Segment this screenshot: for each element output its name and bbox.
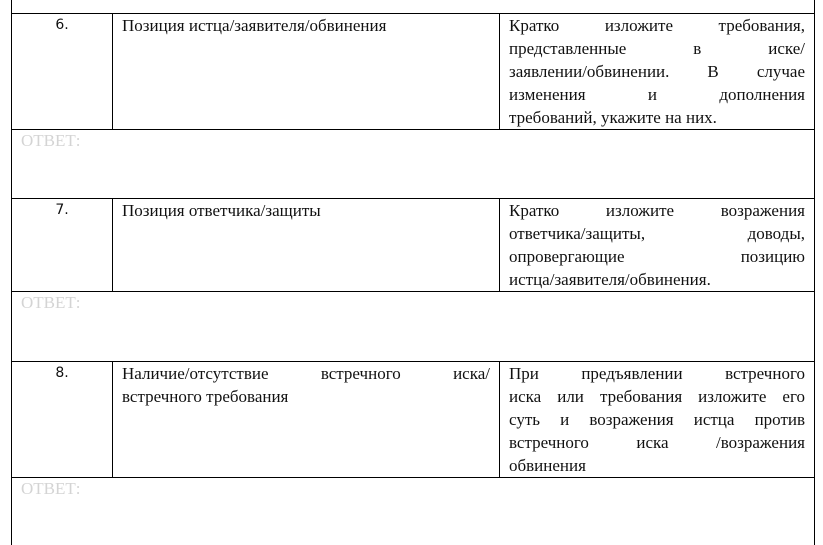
label-line: встречного требования — [122, 385, 490, 408]
row-6-label: Позиция истца/заявителя/обвинения — [122, 14, 490, 37]
hint-line: представленные в иске/ — [509, 37, 805, 60]
hint-line: истца/заявителя/обвинения. — [509, 268, 805, 291]
row-6-divider-1 — [112, 13, 113, 129]
hint-line: встречного иска /возражения — [509, 431, 805, 454]
hint-line: При предъявлении встречного — [509, 362, 805, 385]
hint-line: требований, укажите на них. — [509, 106, 805, 129]
row-7-divider-1 — [112, 198, 113, 291]
row-8-label: Наличие/отсутствие встречного иска/ встр… — [122, 362, 490, 408]
row-8-answer-field[interactable]: ОТВЕТ: — [21, 479, 81, 499]
row-7-bottom-border — [11, 291, 815, 292]
row-7-divider-2 — [499, 198, 500, 291]
hint-line: ответчика/защиты, доводы, — [509, 222, 805, 245]
hint-line: заявлении/обвинении. В случае — [509, 60, 805, 83]
row-8-number: 8. — [12, 365, 112, 381]
hint-line: иска или требования изложите его — [509, 385, 805, 408]
hint-line: суть и возражения истца против — [509, 408, 805, 431]
label-line: Наличие/отсутствие встречного иска/ — [122, 362, 490, 385]
row-7-label: Позиция ответчика/защиты — [122, 199, 490, 222]
hint-line: Кратко изложите требования, — [509, 14, 805, 37]
table-left-border — [11, 0, 12, 545]
label-line: Позиция ответчика/защиты — [122, 199, 490, 222]
table-right-border — [814, 0, 815, 545]
row-8-divider-1 — [112, 361, 113, 477]
hint-line: обвинения — [509, 454, 805, 477]
row-8-bottom-border — [11, 477, 815, 478]
row-8-hint: При предъявлении встречного иска или тре… — [509, 362, 805, 477]
row-6-number: 6. — [12, 17, 112, 33]
row-8-divider-2 — [499, 361, 500, 477]
row-6-hint: Кратко изложите требования, представленн… — [509, 14, 805, 129]
hint-line: Кратко изложите возражения — [509, 199, 805, 222]
label-line: Позиция истца/заявителя/обвинения — [122, 14, 490, 37]
row-7-answer-field[interactable]: ОТВЕТ: — [21, 293, 81, 313]
hint-line: изменения и дополнения — [509, 83, 805, 106]
hint-line: опровергающие позицию — [509, 245, 805, 268]
row-6-divider-2 — [499, 13, 500, 129]
row-7-hint: Кратко изложите возражения ответчика/защ… — [509, 199, 805, 291]
row-6-bottom-border — [11, 129, 815, 130]
row-7-number: 7. — [12, 202, 112, 218]
row-6-answer-field[interactable]: ОТВЕТ: — [21, 131, 81, 151]
